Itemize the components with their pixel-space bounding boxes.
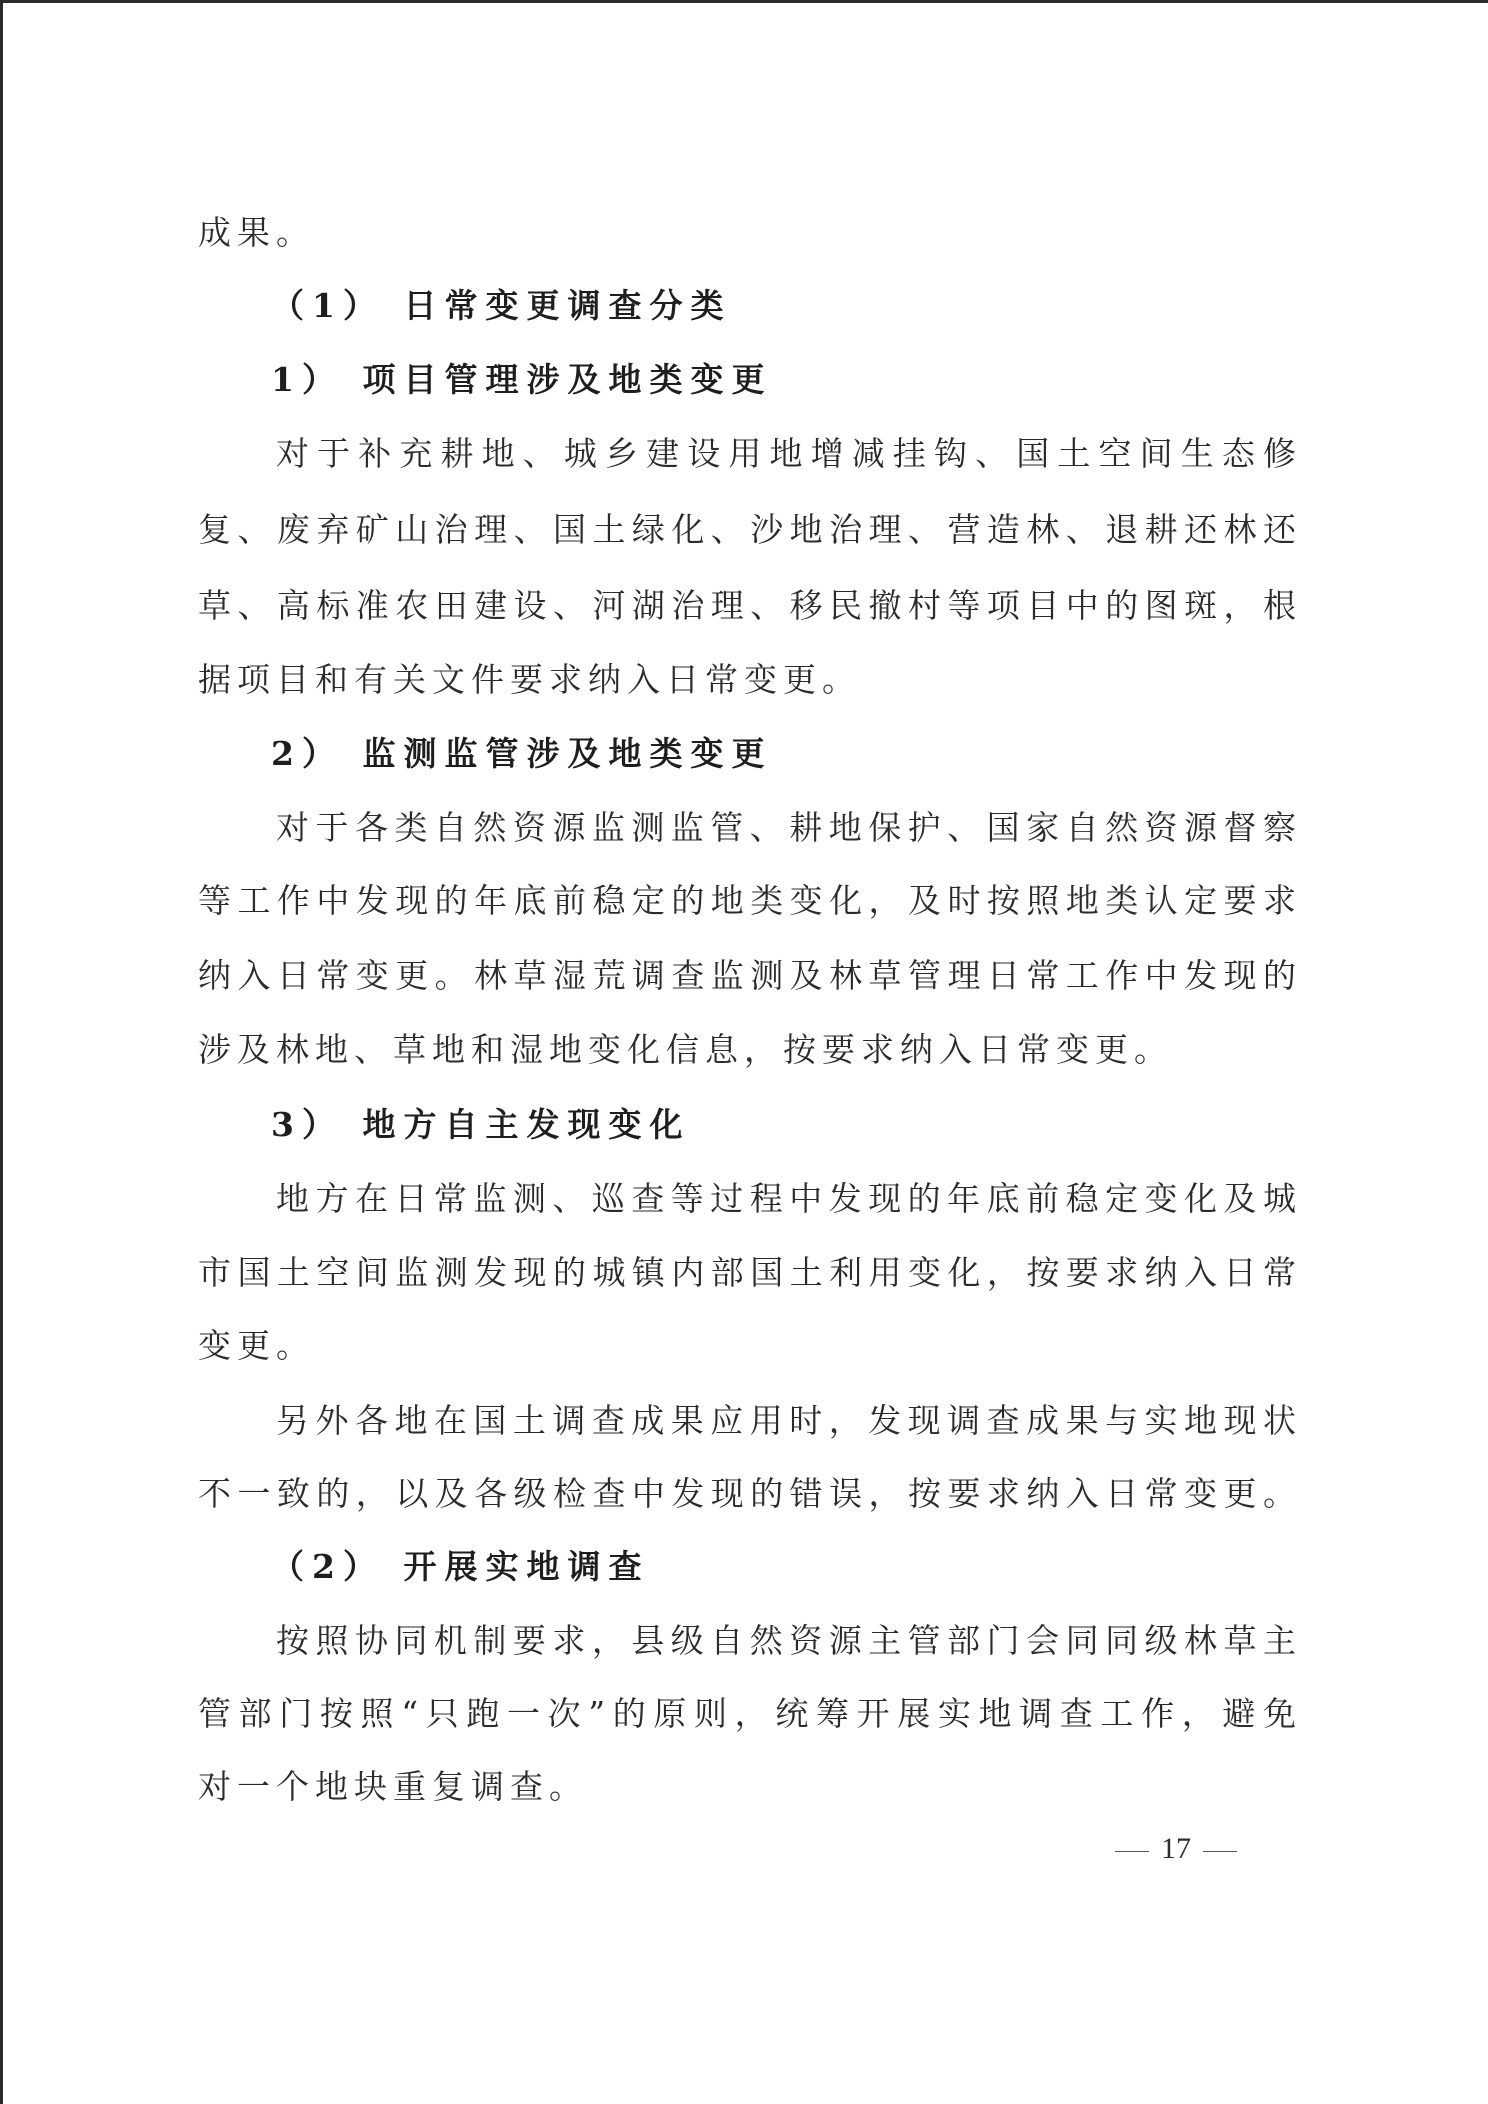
section-heading-daily-change-classification: （1） 日常变更调查分类	[271, 284, 731, 328]
paragraph-line: 据项目和有关文件要求纳入日常变更。	[198, 658, 861, 702]
paragraph-line: 不一致的，以及各级检查中发现的错误，按要求纳入日常变更。	[198, 1472, 1296, 1516]
paragraph-line: 另外各地在国土调查成果应用时，发现调查成果与实地现状	[276, 1399, 1296, 1443]
paragraph-line: 市国土空间监测发现的城镇内部国土利用变化，按要求纳入日常	[198, 1251, 1296, 1295]
paragraph-line: 等工作中发现的年底前稳定的地类变化，及时按照地类认定要求	[198, 879, 1296, 923]
subheading-local-discovered-changes: 3） 地方自主发现变化	[271, 1103, 690, 1147]
paragraph-line: 涉及林地、草地和湿地变化信息，按要求纳入日常变更。	[198, 1028, 1173, 1072]
paragraph-line: 地方在日常监测、巡查等过程中发现的年底前稳定变化及城	[276, 1177, 1296, 1221]
paragraph-line: 对于补充耕地、城乡建设用地增减挂钩、国土空间生态修	[276, 432, 1296, 476]
page-number: 17	[1101, 1829, 1251, 1869]
paragraph-line: 按照协同机制要求，县级自然资源主管部门会同同级林草主	[276, 1619, 1296, 1663]
paragraph-line: 管部门按照“只跑一次”的原则，统筹开展实地调查工作，避免	[198, 1692, 1296, 1736]
page-number-left-dash	[1115, 1851, 1149, 1852]
subheading-project-management-changes: 1） 项目管理涉及地类变更	[271, 358, 772, 402]
page-number-value: 17	[1161, 1832, 1191, 1865]
paragraph-line: 对于各类自然资源监测监管、耕地保护、国家自然资源督察	[276, 806, 1296, 850]
subheading-monitoring-supervision-changes: 2） 监测监管涉及地类变更	[271, 732, 772, 776]
page-number-right-dash	[1203, 1851, 1237, 1852]
paragraph-line: 变更。	[198, 1324, 315, 1368]
paragraph-line: 纳入日常变更。林草湿荒调查监测及林草管理日常工作中发现的	[198, 954, 1296, 998]
document-page: 成果。 （1） 日常变更调查分类 1） 项目管理涉及地类变更 对于补充耕地、城乡…	[0, 0, 1488, 2104]
paragraph-line: 草、高标准农田建设、河湖治理、移民撤村等项目中的图斑，根	[198, 584, 1296, 628]
paragraph-line: 对一个地块重复调查。	[198, 1765, 588, 1809]
paragraph-line: 复、废弃矿山治理、国土绿化、沙地治理、营造林、退耕还林还	[198, 508, 1296, 552]
paragraph-continuation: 成果。	[198, 211, 315, 255]
section-heading-field-survey: （2） 开展实地调查	[271, 1545, 649, 1589]
